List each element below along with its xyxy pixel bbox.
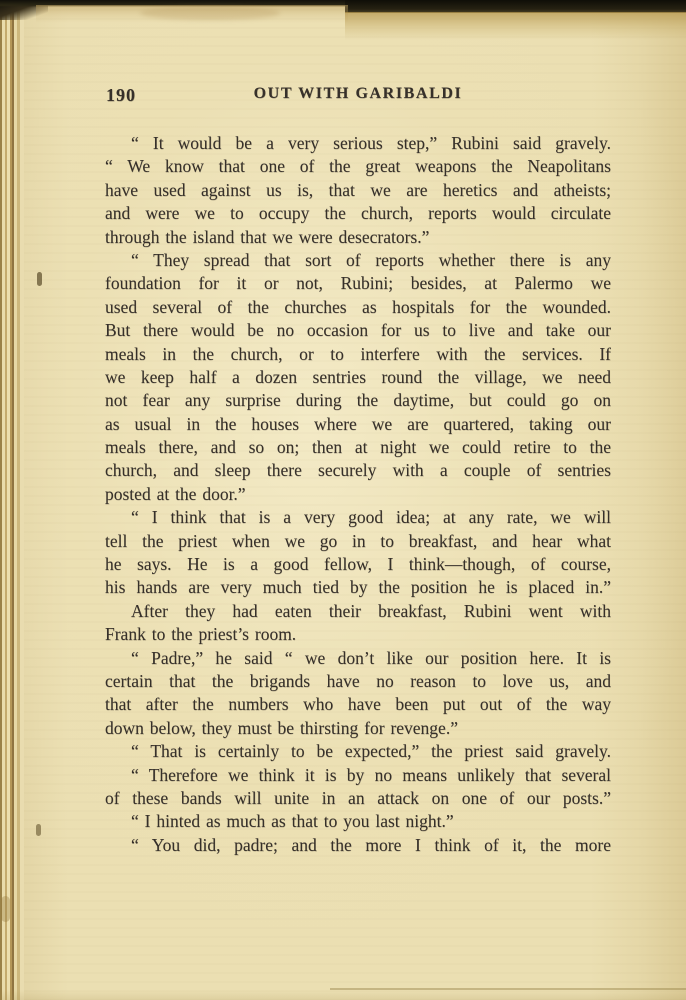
text-line: “ I hinted as much as that to you last n… xyxy=(105,810,611,833)
paper-stain xyxy=(140,6,280,20)
text-line: “ That is certainly to be expected,” the… xyxy=(105,740,611,763)
paper-speck xyxy=(37,272,42,286)
text-line: tell the priest when we go in to breakfa… xyxy=(105,530,611,553)
paragraph: “ That is certainly to be expected,” the… xyxy=(105,740,611,763)
text-line: down below, they must be thirsting for r… xyxy=(105,717,611,740)
page-bottom-shading xyxy=(0,990,686,1000)
text-line: “ I think that is a very good idea; at a… xyxy=(105,506,611,529)
book-scan: 190 OUT WITH GARIBALDI “ It would be a v… xyxy=(0,0,686,1000)
text-line: Frank to the priest’s room. xyxy=(105,623,611,646)
text-line: have used against us is, that we are her… xyxy=(105,179,611,202)
paragraph: “ You did, padre; and the more I think o… xyxy=(105,834,611,857)
paper-speck xyxy=(36,824,41,836)
text-line: meals there, and so on; then at night we… xyxy=(105,436,611,459)
text-line: certain that the brigands have no reason… xyxy=(105,670,611,693)
text-line: his hands are very much tied by the posi… xyxy=(105,576,611,599)
text-line: “ It would be a very serious step,” Rubi… xyxy=(105,132,611,155)
text-line: “ We know that one of the great weapons … xyxy=(105,155,611,178)
text-line: “ You did, padre; and the more I think o… xyxy=(105,834,611,857)
text-line: “ Therefore we think it is by no means u… xyxy=(105,764,611,787)
text-line: as usual in the houses where we are quar… xyxy=(105,413,611,436)
text-line: After they had eaten their breakfast, Ru… xyxy=(105,600,611,623)
paragraph: After they had eaten their breakfast, Ru… xyxy=(105,600,611,647)
text-line: church, and sleep there securely with a … xyxy=(105,459,611,482)
page-edge-stack xyxy=(0,0,46,1000)
text-line: through the island that we were desecrat… xyxy=(105,226,611,249)
text-line: we keep half a dozen sentries round the … xyxy=(105,366,611,389)
text-line: foundation for it or not, Rubini; beside… xyxy=(105,272,611,295)
text-line: not fear any surprise during the daytime… xyxy=(105,389,611,412)
paragraph: “ Therefore we think it is by no means u… xyxy=(105,764,611,811)
page-header: 190 OUT WITH GARIBALDI xyxy=(105,85,611,106)
text-line: “ Padre,” he said “ we don’t like our po… xyxy=(105,647,611,670)
text-line: used several of the churches as hospital… xyxy=(105,296,611,319)
text-line: But there would be no occasion for us to… xyxy=(105,319,611,342)
text-line: “ They spread that sort of reports wheth… xyxy=(105,249,611,272)
text-line: he says. He is a good fellow, I think—th… xyxy=(105,553,611,576)
text-line: meals in the church, or to interfere wit… xyxy=(105,343,611,366)
paragraph: “ I think that is a very good idea; at a… xyxy=(105,506,611,600)
running-title: OUT WITH GARIBALDI xyxy=(105,85,611,103)
paragraph: “ I hinted as much as that to you last n… xyxy=(105,810,611,833)
paragraph: “ Padre,” he said “ we don’t like our po… xyxy=(105,647,611,741)
text-line: posted at the door.” xyxy=(105,483,611,506)
paragraph: “ They spread that sort of reports wheth… xyxy=(105,249,611,506)
paper-stain xyxy=(1,896,10,922)
page-number: 190 xyxy=(106,85,136,106)
text-line: of these bands will unite in an attack o… xyxy=(105,787,611,810)
paragraph: “ It would be a very serious step,” Rubi… xyxy=(105,132,611,249)
text-column: 190 OUT WITH GARIBALDI “ It would be a v… xyxy=(105,85,611,857)
page-top-shading xyxy=(345,12,686,40)
text-line: and were we to occupy the church, report… xyxy=(105,202,611,225)
page-text: “ It would be a very serious step,” Rubi… xyxy=(105,132,611,857)
text-line: that after the numbers who have been put… xyxy=(105,693,611,716)
